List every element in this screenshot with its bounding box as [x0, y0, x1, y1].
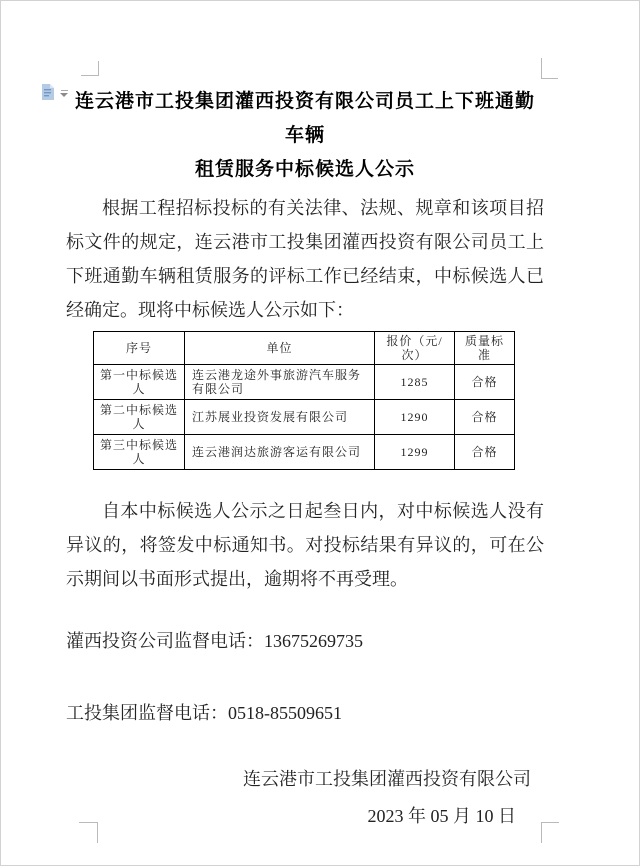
document-page[interactable]: 连云港市工投集团灌西投资有限公司员工上下班通勤车辆 租赁服务中标候选人公示 根据…: [66, 85, 544, 833]
signature-company: 连云港市工投集团灌西投资有限公司: [66, 762, 544, 796]
supervision-phone-group: 工投集团监督电话：0518-85509651: [66, 696, 544, 730]
crop-mark-top-right: [541, 58, 558, 79]
header-company: 单位: [185, 332, 375, 365]
crop-mark-top-left: [81, 61, 99, 76]
cell-company: 江苏展业投资发展有限公司: [185, 400, 375, 435]
cell-company: 连云港龙途外事旅游汽车服务有限公司: [185, 365, 375, 400]
document-title: 连云港市工投集团灌西投资有限公司员工上下班通勤车辆 租赁服务中标候选人公示: [66, 85, 544, 187]
cell-price: 1299: [375, 435, 455, 470]
cell-price: 1285: [375, 365, 455, 400]
paste-options-button[interactable]: [39, 83, 68, 100]
title-line-1: 连云港市工投集团灌西投资有限公司员工上下班通勤车辆: [66, 85, 544, 153]
table-row: 第二中标候选人 江苏展业投资发展有限公司 1290 合格: [94, 400, 515, 435]
paste-icon: [39, 83, 56, 100]
cell-seq: 第二中标候选人: [94, 400, 185, 435]
cell-quality: 合格: [455, 435, 515, 470]
cell-company: 连云港润达旅游客运有限公司: [185, 435, 375, 470]
header-quality: 质量标准: [455, 332, 515, 365]
notice-paragraph: 自本中标候选人公示之日起叁日内，对中标候选人没有异议的，将签发中标通知书。对投标…: [66, 494, 544, 596]
cell-price: 1290: [375, 400, 455, 435]
header-price: 报价（元/次）: [375, 332, 455, 365]
signature-date: 2023 年 05 月 10 日: [66, 799, 544, 833]
cell-quality: 合格: [455, 365, 515, 400]
cell-seq: 第一中标候选人: [94, 365, 185, 400]
table-row: 第一中标候选人 连云港龙途外事旅游汽车服务有限公司 1285 合格: [94, 365, 515, 400]
supervision-phone-guanxi: 灌西投资公司监督电话：13675269735: [66, 624, 544, 658]
header-seq: 序号: [94, 332, 185, 365]
document-canvas: { "colors": { "paste_icon_blue": "#b5cae…: [0, 0, 640, 866]
title-line-2: 租赁服务中标候选人公示: [66, 153, 544, 187]
bid-candidates-table: 序号 单位 报价（元/次） 质量标准 第一中标候选人 连云港龙途外事旅游汽车服务…: [93, 331, 515, 470]
intro-paragraph: 根据工程招标投标的有关法律、法规、规章和该项目招标文件的规定，连云港市工投集团灌…: [66, 191, 544, 327]
table-header-row: 序号 单位 报价（元/次） 质量标准: [94, 332, 515, 365]
table-row: 第三中标候选人 连云港润达旅游客运有限公司 1299 合格: [94, 435, 515, 470]
cell-seq: 第三中标候选人: [94, 435, 185, 470]
cell-quality: 合格: [455, 400, 515, 435]
